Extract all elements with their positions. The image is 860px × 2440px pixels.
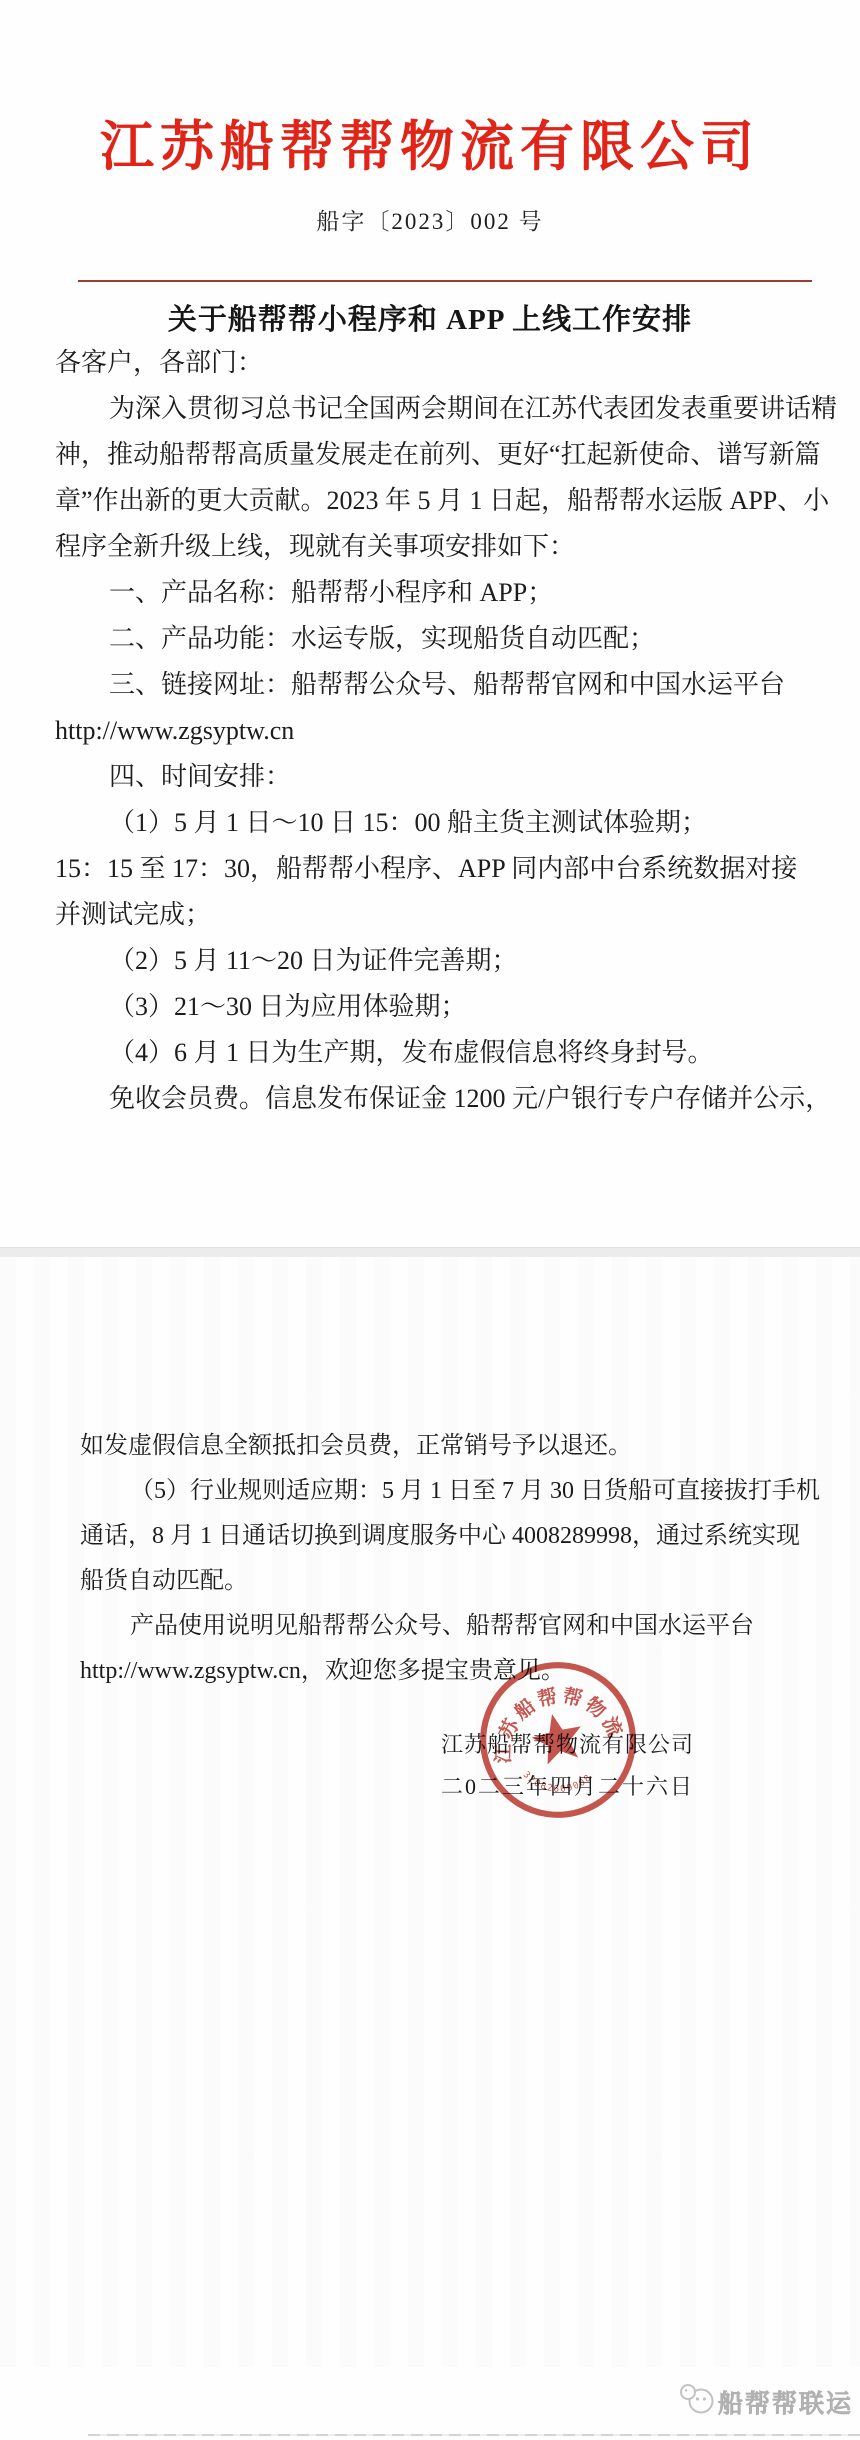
body-line: 二、产品功能：水运专版，实现船货自动匹配； <box>55 616 815 662</box>
page-separator-band <box>0 1247 860 1257</box>
url-text: http://www.zgsyptw.cn <box>55 708 815 754</box>
body-line: 神，推动船帮帮高质量发展走在前列、更好“扛起新使命、谱写新篇 <box>55 432 815 478</box>
url-text: http://www.zgsyptw.cn，欢迎您多提宝贵意见。 <box>80 1649 800 1694</box>
body-line: 通话，8 月 1 日通话切换到调度服务中心 4008289998，通过系统实现 <box>80 1514 800 1559</box>
svg-text:32082609008: 32082609008 <box>519 1755 596 1803</box>
body-line: 15：15 至 17：30，船帮帮小程序、APP 同内部中台系统数据对接 <box>55 846 815 892</box>
body-line: 免收会员费。信息发布保证金 1200 元/户银行专户存储并公示， <box>55 1076 815 1122</box>
page2-body: 如发虚假信息全额抵扣会员费，正常销号予以退还。 （5）行业规则适应期：5 月 1… <box>80 1424 800 1694</box>
body-line: 如发虚假信息全额抵扣会员费，正常销号予以退还。 <box>80 1424 800 1469</box>
body-line: （5）行业规则适应期：5 月 1 日至 7 月 30 日货船可直接拔打手机 <box>80 1469 800 1514</box>
body-line: 产品使用说明见船帮帮公众号、船帮帮官网和中国水运平台 <box>80 1604 800 1649</box>
body-line: （3）21～30 日为应用体验期； <box>55 984 815 1030</box>
scan-edge-artifact <box>88 2434 860 2436</box>
body-line: （1）5 月 1 日～10 日 15：00 船主货主测试体验期； <box>55 800 815 846</box>
body-line: （4）6 月 1 日为生产期，发布虚假信息将终身封号。 <box>55 1030 815 1076</box>
body-line: 三、链接网址：船帮帮公众号、船帮帮官网和中国水运平台 <box>55 662 815 708</box>
page1-body: 各客户，各部门： 为深入贯彻习总书记全国两会期间在江苏代表团发表重要讲话精 神，… <box>55 340 815 1122</box>
company-letterhead-title: 江苏船帮帮物流有限公司 <box>0 104 860 181</box>
body-line: 章”作出新的更大贡献。2023 年 5 月 1 日起，船帮帮水运版 APP、小 <box>55 478 815 524</box>
body-line: 四、时间安排： <box>55 754 815 800</box>
document-number: 船字〔2023〕002 号 <box>0 203 860 236</box>
footer-watermark-text: 船帮帮联运 <box>718 2384 853 2420</box>
letterhead-divider-rule <box>78 280 812 282</box>
body-line: 船货自动匹配。 <box>80 1559 800 1604</box>
salutation-line: 各客户，各部门： <box>55 340 815 386</box>
scanned-notice-document: { "doc": { "org_name": "江苏船帮帮物流有限公司", "d… <box>0 0 860 2440</box>
seal-number: 32082609008 <box>519 1755 596 1803</box>
body-line: 为深入贯彻习总书记全国两会期间在江苏代表团发表重要讲话精 <box>55 386 815 432</box>
body-line: 并测试完成； <box>55 892 815 938</box>
chuanbangbang-logo-icon <box>678 2380 716 2418</box>
body-line: （2）5 月 11～20 日为证件完善期； <box>55 938 815 984</box>
document-title: 关于船帮帮小程序和 APP 上线工作安排 <box>0 297 860 338</box>
seal-star-icon <box>527 1708 587 1766</box>
body-line: 程序全新升级上线，现就有关事项安排如下： <box>55 524 815 570</box>
body-line: 一、产品名称：船帮帮小程序和 APP； <box>55 570 815 616</box>
